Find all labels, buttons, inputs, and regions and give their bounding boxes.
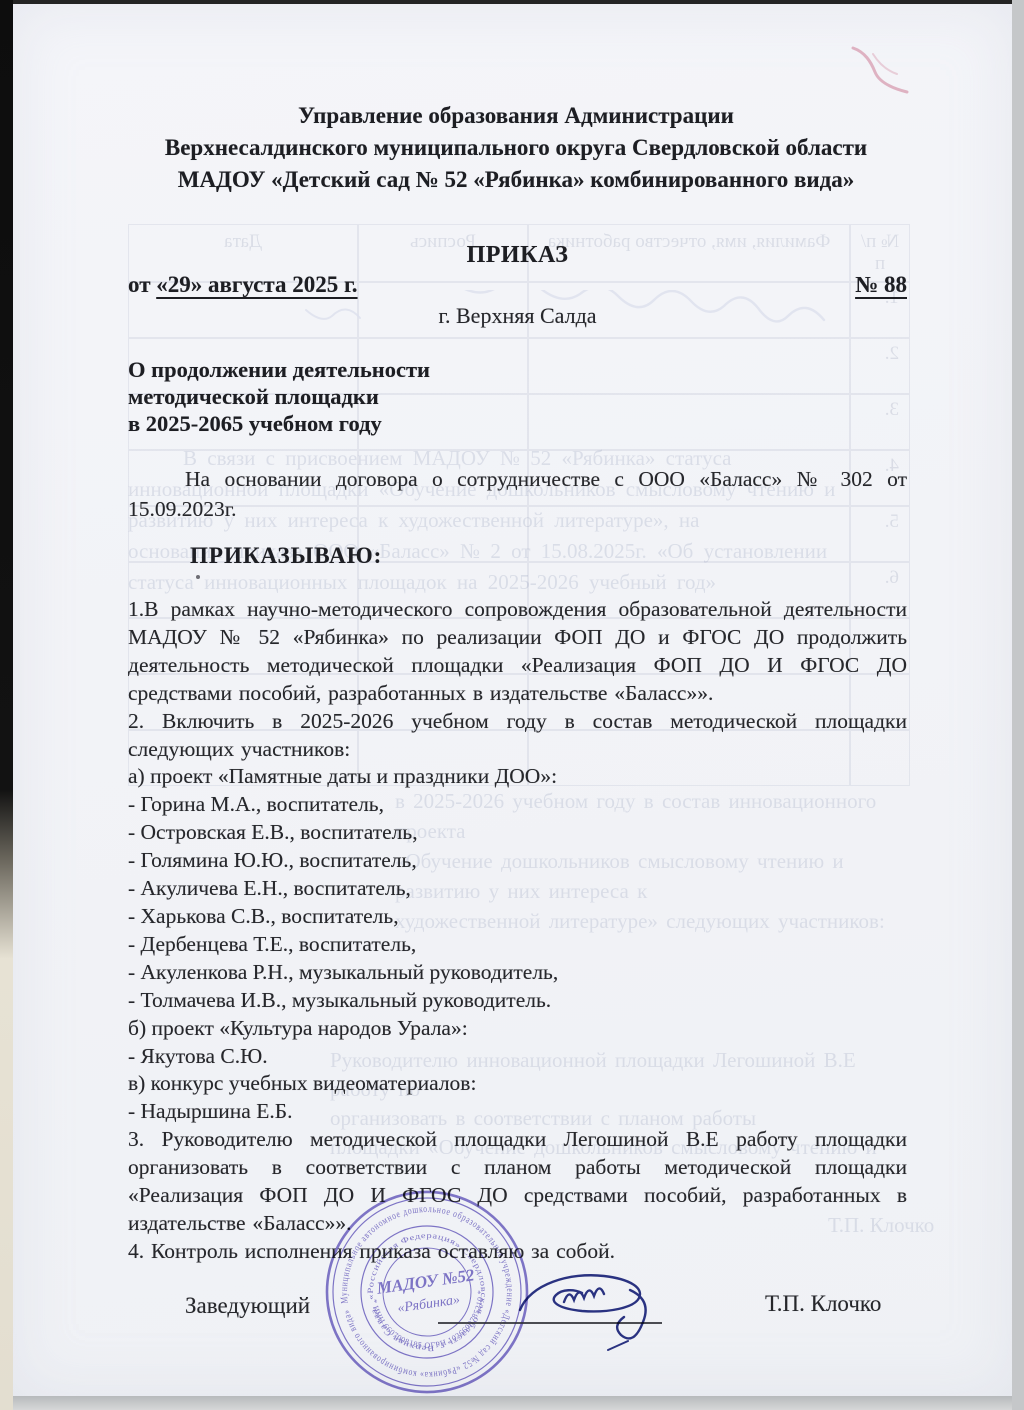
order-date: от «29» августа 2025 г. [128,272,358,298]
org-header: Управление образования Администрации Вер… [120,100,912,196]
participant: - Толмачева И.В., музыкальный руководите… [128,987,907,1015]
signatory-role: Заведующий [185,1293,310,1319]
signatory-name: Т.П. Клочко [765,1291,881,1317]
participant: - Дербенцева Т.Е., воспитатель, [128,931,907,959]
stamp-ring-outer-text: Муниципальное автономное дошкольное обра… [328,1193,527,1392]
participant: - Акуличева Е.Н., воспитатель, [128,875,907,903]
scan-edge-right [1012,0,1024,1410]
participant: - Островская Е.В., воспитатель, [128,819,907,847]
participant-group: в) конкурс учебных видеоматериалов: [128,1070,907,1098]
order-title: ПРИКАЗ [128,242,907,269]
participant: - Голямина Ю.Ю., воспитатель, [128,847,907,875]
scanned-document: № п/п Фамилия, имя, отчество работника Р… [0,0,1024,1410]
participant-group: а) проект «Памятные даты и праздники ДОО… [128,763,907,791]
participant: - Горина М.А., воспитатель, [128,791,907,819]
order-item-1: 1.В рамках научно-методического сопровож… [128,596,907,708]
order-item-2: 2. Включить в 2025-2026 учебном году в с… [128,708,907,764]
ink-speck [196,575,200,579]
subject-line: в 2025-2065 учебном году [128,410,430,437]
resolve-word: ПРИКАЗЫВАЮ: [190,543,382,569]
org-header-line: МАДОУ «Детский сад № 52 «Рябинка» комбин… [120,164,912,196]
scan-edge-left [0,0,13,1410]
participant: - Акуленкова Р.Н., музыкальный руководит… [128,959,907,987]
ghost-row-num: 3. [850,394,910,450]
stamp-center-subtitle: «Рябинка» [397,1293,461,1317]
order-number: № 88 [855,272,907,298]
stamp-center-title: МАДОУ №52 [375,1265,476,1298]
red-pen-mark [845,42,915,97]
subject-line: методической площадки [128,383,430,410]
order-date-value: «29» августа 2025 г. [156,272,357,297]
order-city: г. Верхняя Салда [128,303,907,329]
order-body: 1.В рамках научно-методического сопровож… [128,596,907,1266]
org-header-line: Верхнесалдинского муниципального округа … [120,132,912,164]
org-header-line: Управление образования Администрации [120,100,912,132]
order-preamble: На основании договора о сотрудничестве с… [128,464,907,524]
participant-group: б) проект «Культура народов Урала»: [128,1015,907,1043]
participant: - Харькова С.В., воспитатель, [128,903,907,931]
participant: - Якутова С.Ю. [128,1043,907,1071]
scan-edge-bottom [13,1396,1012,1410]
order-subject: О продолжении деятельности методической … [128,356,430,437]
participant: - Надыршина Е.Б. [128,1098,907,1126]
scan-edge-top [0,0,1024,4]
order-date-row: от «29» августа 2025 г. № 88 [128,272,907,298]
handwritten-signature [512,1262,702,1357]
subject-line: О продолжении деятельности [128,356,430,383]
ghost-row-num: 2. [850,338,910,394]
